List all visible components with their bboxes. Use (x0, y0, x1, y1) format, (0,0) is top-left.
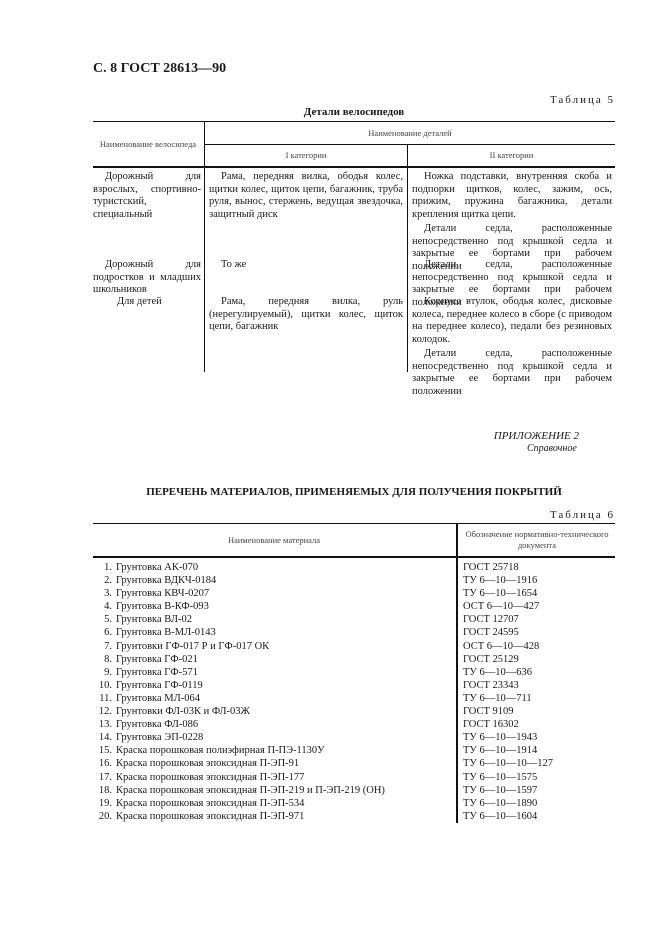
header-parts-name: Наименование деталей (205, 122, 615, 145)
row-number: 16. (93, 757, 112, 770)
table-row: 4.Грунтовка В-КФ-093ОСТ 6—10—427 (93, 600, 615, 613)
header-bicycle-name: Наименование велосипеда (93, 122, 203, 166)
document-designation: ГОСТ 23343 (463, 679, 519, 692)
table-row: 10.Грунтовка ГФ-0119ГОСТ 23343 (93, 679, 615, 692)
material-name: Грунтовка ВЛ-02 (116, 613, 192, 626)
table-row-2-cat1: То же (209, 259, 403, 272)
document-designation: ТУ 6—10—636 (463, 666, 532, 679)
table-row-3-cat1: Рама, передняя вилка, руль (нерегулируем… (209, 296, 403, 334)
row-number: 12. (93, 705, 112, 718)
table-row: 7.Грунтовки ГФ-017 Р и ГФ-017 ОКОСТ 6—10… (93, 640, 615, 653)
row-number: 6. (93, 626, 112, 639)
table5-header: Наименование велосипеда Наименование дет… (93, 121, 615, 168)
row-number: 8. (93, 653, 112, 666)
table6-heading: ПЕРЕЧЕНЬ МАТЕРИАЛОВ, ПРИМЕНЯЕМЫХ ДЛЯ ПОЛ… (93, 486, 615, 498)
table5-label: Таблица 5 (550, 94, 615, 106)
table-row: 12.Грунтовки ФЛ-03К и ФЛ-03ЖГОСТ 9109 (93, 705, 615, 718)
document-designation: ТУ 6—10—1914 (463, 744, 537, 757)
table5: Наименование велосипеда Наименование дет… (93, 121, 615, 372)
table-row-1-cat2-a: Ножка подставки, внутренняя скоба и подп… (412, 171, 612, 221)
table-row: 5.Грунтовка ВЛ-02ГОСТ 12707 (93, 613, 615, 626)
material-name: Грунтовка АК-070 (116, 561, 198, 574)
document-designation: ТУ 6—10—10—127 (463, 757, 553, 770)
table-row: 11.Грунтовка МЛ-064ТУ 6—10—711 (93, 692, 615, 705)
table-row-2-bicycle: Дорожный для подростков и младших школьн… (93, 259, 201, 297)
document-designation: ГОСТ 24595 (463, 626, 519, 639)
table6-header: Наименование материала Обозначение норма… (93, 523, 615, 558)
table-row-3-cat2-a: Корпуса втулок, ободья колес, дисковые к… (412, 296, 612, 346)
document-designation: ОСТ 6—10—427 (463, 600, 539, 613)
row-number: 13. (93, 718, 112, 731)
table-row-3-bicycle: Для детей (93, 296, 201, 309)
table-row: 8.Грунтовка ГФ-021ГОСТ 25129 (93, 653, 615, 666)
material-name: Грунтовка МЛ-064 (116, 692, 200, 705)
table-row: 17.Краска порошковая эпоксидная П-ЭП-177… (93, 771, 615, 784)
material-name: Краска порошковая эпоксидная П-ЭП-971 (116, 810, 304, 823)
table-row: 20.Краска порошковая эпоксидная П-ЭП-971… (93, 810, 615, 823)
row-number: 5. (93, 613, 112, 626)
document-designation: ГОСТ 25129 (463, 653, 519, 666)
material-name: Грунтовка ГФ-021 (116, 653, 198, 666)
document-designation: ТУ 6—10—1604 (463, 810, 537, 823)
table-row: 1.Грунтовка АК-070ГОСТ 25718 (93, 561, 615, 574)
table-row: 9.Грунтовка ГФ-571ТУ 6—10—636 (93, 666, 615, 679)
document-designation: ТУ 6—10—1890 (463, 797, 537, 810)
document-designation: ТУ 6—10—1916 (463, 574, 537, 587)
material-name: Грунтовка ГФ-0119 (116, 679, 203, 692)
row-number: 15. (93, 744, 112, 757)
table6-label: Таблица 6 (550, 509, 615, 521)
appendix-title: ПРИЛОЖЕНИЕ 2 (494, 430, 579, 442)
table-row-3-cat2-b: Детали седла, расположенные непосредстве… (412, 348, 612, 398)
header-category-1: I категории (205, 144, 407, 166)
document-designation: ТУ 6—10—1597 (463, 784, 537, 797)
appendix-subtitle: Справочное (527, 443, 577, 454)
row-number: 10. (93, 679, 112, 692)
document-designation: ОСТ 6—10—428 (463, 640, 539, 653)
material-name: Краска порошковая эпоксидная П-ЭП-177 (116, 771, 304, 784)
material-name: Краска порошковая полиэфирная П-ПЭ-1130У (116, 744, 325, 757)
table-row-1-cat1: Рама, передняя вилка, ободья колес, щитк… (209, 171, 403, 221)
document-designation: ГОСТ 25718 (463, 561, 519, 574)
row-number: 17. (93, 771, 112, 784)
page-header: С. 8 ГОСТ 28613—90 (93, 61, 226, 77)
document-designation: ГОСТ 12707 (463, 613, 519, 626)
document-designation: ГОСТ 9109 (463, 705, 514, 718)
document-designation: ТУ 6—10—1943 (463, 731, 537, 744)
table-row: 6.Грунтовка В-МЛ-0143ГОСТ 24595 (93, 626, 615, 639)
row-number: 19. (93, 797, 112, 810)
row-number: 9. (93, 666, 112, 679)
material-name: Грунтовка В-МЛ-0143 (116, 626, 216, 639)
table6-body: 1.Грунтовка АК-070ГОСТ 257182.Грунтовка … (93, 558, 615, 823)
document-designation: ГОСТ 16302 (463, 718, 519, 731)
table5-body: Дорожный для взрослых, спортивно-туристс… (93, 168, 615, 372)
row-number: 18. (93, 784, 112, 797)
document-designation: ТУ 6—10—1575 (463, 771, 537, 784)
table-row: 2.Грунтовка ВДКЧ-0184ТУ 6—10—1916 (93, 574, 615, 587)
material-name: Грунтовка КВЧ-0207 (116, 587, 209, 600)
row-number: 2. (93, 574, 112, 587)
material-name: Грунтовка В-КФ-093 (116, 600, 209, 613)
row-number: 7. (93, 640, 112, 653)
table-row: 19.Краска порошковая эпоксидная П-ЭП-534… (93, 797, 615, 810)
material-name: Грунтовка ЭП-0228 (116, 731, 203, 744)
material-name: Краска порошковая эпоксидная П-ЭП-219 и … (116, 784, 385, 797)
header-category-2: II категории (408, 144, 615, 166)
material-name: Грунтовки ГФ-017 Р и ГФ-017 ОК (116, 640, 269, 653)
row-number: 11. (93, 692, 112, 705)
table-row: 3.Грунтовка КВЧ-0207ТУ 6—10—1654 (93, 587, 615, 600)
document-designation: ТУ 6—10—1654 (463, 587, 537, 600)
table6: Наименование материала Обозначение норма… (93, 523, 615, 823)
header-material-name: Наименование материала (93, 524, 455, 556)
material-name: Грунтовки ФЛ-03К и ФЛ-03Ж (116, 705, 250, 718)
table-row: 13.Грунтовка ФЛ-086ГОСТ 16302 (93, 718, 615, 731)
row-number: 20. (93, 810, 112, 823)
material-name: Краска порошковая эпоксидная П-ЭП-534 (116, 797, 304, 810)
table-row: 18.Краска порошковая эпоксидная П-ЭП-219… (93, 784, 615, 797)
row-number: 3. (93, 587, 112, 600)
table-row-1-bicycle: Дорожный для взрослых, спортивно-туристс… (93, 171, 201, 221)
material-name: Грунтовка ФЛ-086 (116, 718, 198, 731)
row-number: 14. (93, 731, 112, 744)
row-number: 1. (93, 561, 112, 574)
row-number: 4. (93, 600, 112, 613)
material-name: Краска порошковая эпоксидная П-ЭП-91 (116, 757, 299, 770)
document-designation: ТУ 6—10—711 (463, 692, 532, 705)
table-row: 15.Краска порошковая полиэфирная П-ПЭ-11… (93, 744, 615, 757)
table-row: 16.Краска порошковая эпоксидная П-ЭП-91Т… (93, 757, 615, 770)
table-row: 14.Грунтовка ЭП-0228ТУ 6—10—1943 (93, 731, 615, 744)
material-name: Грунтовка ВДКЧ-0184 (116, 574, 216, 587)
header-document: Обозначение нормативно-технического доку… (459, 524, 615, 556)
material-name: Грунтовка ГФ-571 (116, 666, 198, 679)
table5-title: Детали велосипедов (93, 106, 615, 118)
